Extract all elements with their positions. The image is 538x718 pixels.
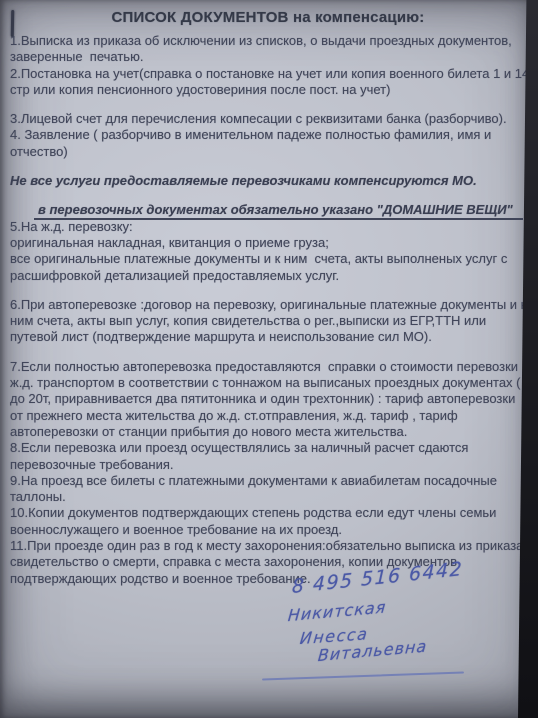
document-page: СПИСОК ДОКУМЕНТОВ на компенсацию: 1.Выпи… xyxy=(10,8,526,587)
document-line: 4. Заявление ( разборчиво в именительном… xyxy=(10,127,526,143)
document-line xyxy=(10,284,526,297)
document-line: 1.Выписка из приказа об исключении из сп… xyxy=(10,33,526,49)
document-line xyxy=(10,160,526,173)
handwritten-surname: Никитская xyxy=(287,597,387,625)
document-line: ним счета, акты вып услуг, копия свидете… xyxy=(10,313,526,329)
document-line xyxy=(10,346,526,359)
document-line: перевозочные требования. xyxy=(10,457,526,473)
document-line: заверенные печатью. xyxy=(10,49,526,65)
document-line: путевой лист (подтверждение маршрута и н… xyxy=(10,329,526,345)
document-title: СПИСОК ДОКУМЕНТОВ на компенсацию: xyxy=(10,8,526,28)
document-line: оригинальная накладная, квитанция о прие… xyxy=(10,235,526,251)
handwritten-underline-stroke xyxy=(262,671,464,680)
document-line: 8.Если перевозка или проезд осуществляли… xyxy=(10,440,526,456)
document-line: стр или копия пенсионного удостовериния … xyxy=(10,82,526,98)
document-line: в перевозочных документах обязательно ук… xyxy=(10,202,526,218)
document-line: 3.Лицевой счет для перечисления компесац… xyxy=(10,111,526,127)
document-line: 5.На ж.д. перевозку: xyxy=(10,219,526,235)
document-line: расшифровкой детализацией предоставляемы… xyxy=(10,268,526,284)
document-line: 11.При проезде один раз в год к месту за… xyxy=(10,538,526,554)
document-line xyxy=(10,98,526,111)
document-line: от прежнего места жительства до ж.д. ст.… xyxy=(10,408,526,424)
document-line: до 20т, приравнивается два пятитонника и… xyxy=(10,391,526,407)
document-line: автоперевозки от станции прибытия до нов… xyxy=(10,424,526,440)
document-line: Не все услуги предоставляемые перевозчик… xyxy=(10,173,526,189)
document-line: 6.При автоперевозке :договор на перевозк… xyxy=(10,297,526,313)
document-photo: СПИСОК ДОКУМЕНТОВ на компенсацию: 1.Выпи… xyxy=(0,0,538,718)
document-line: 10.Копии документов подтверждающих степе… xyxy=(10,505,526,521)
document-line: все оригинальные платежные документы и к… xyxy=(10,251,526,267)
document-line: 9.На проезд все билеты с платежными доку… xyxy=(10,473,526,489)
document-line: 7.Если полностью автоперевозка предостав… xyxy=(10,359,526,375)
document-line: ж.д. транспортом в соответствии с тоннаж… xyxy=(10,375,526,391)
document-line xyxy=(10,189,526,202)
document-line: военнослужащего и военное требование на … xyxy=(10,522,526,538)
document-line: 2.Постановка на учет(справка о постановк… xyxy=(10,66,526,82)
document-line: отчество) xyxy=(10,144,526,160)
document-line: таллоны. xyxy=(10,489,526,505)
document-body: 1.Выписка из приказа об исключении из сп… xyxy=(10,33,526,587)
